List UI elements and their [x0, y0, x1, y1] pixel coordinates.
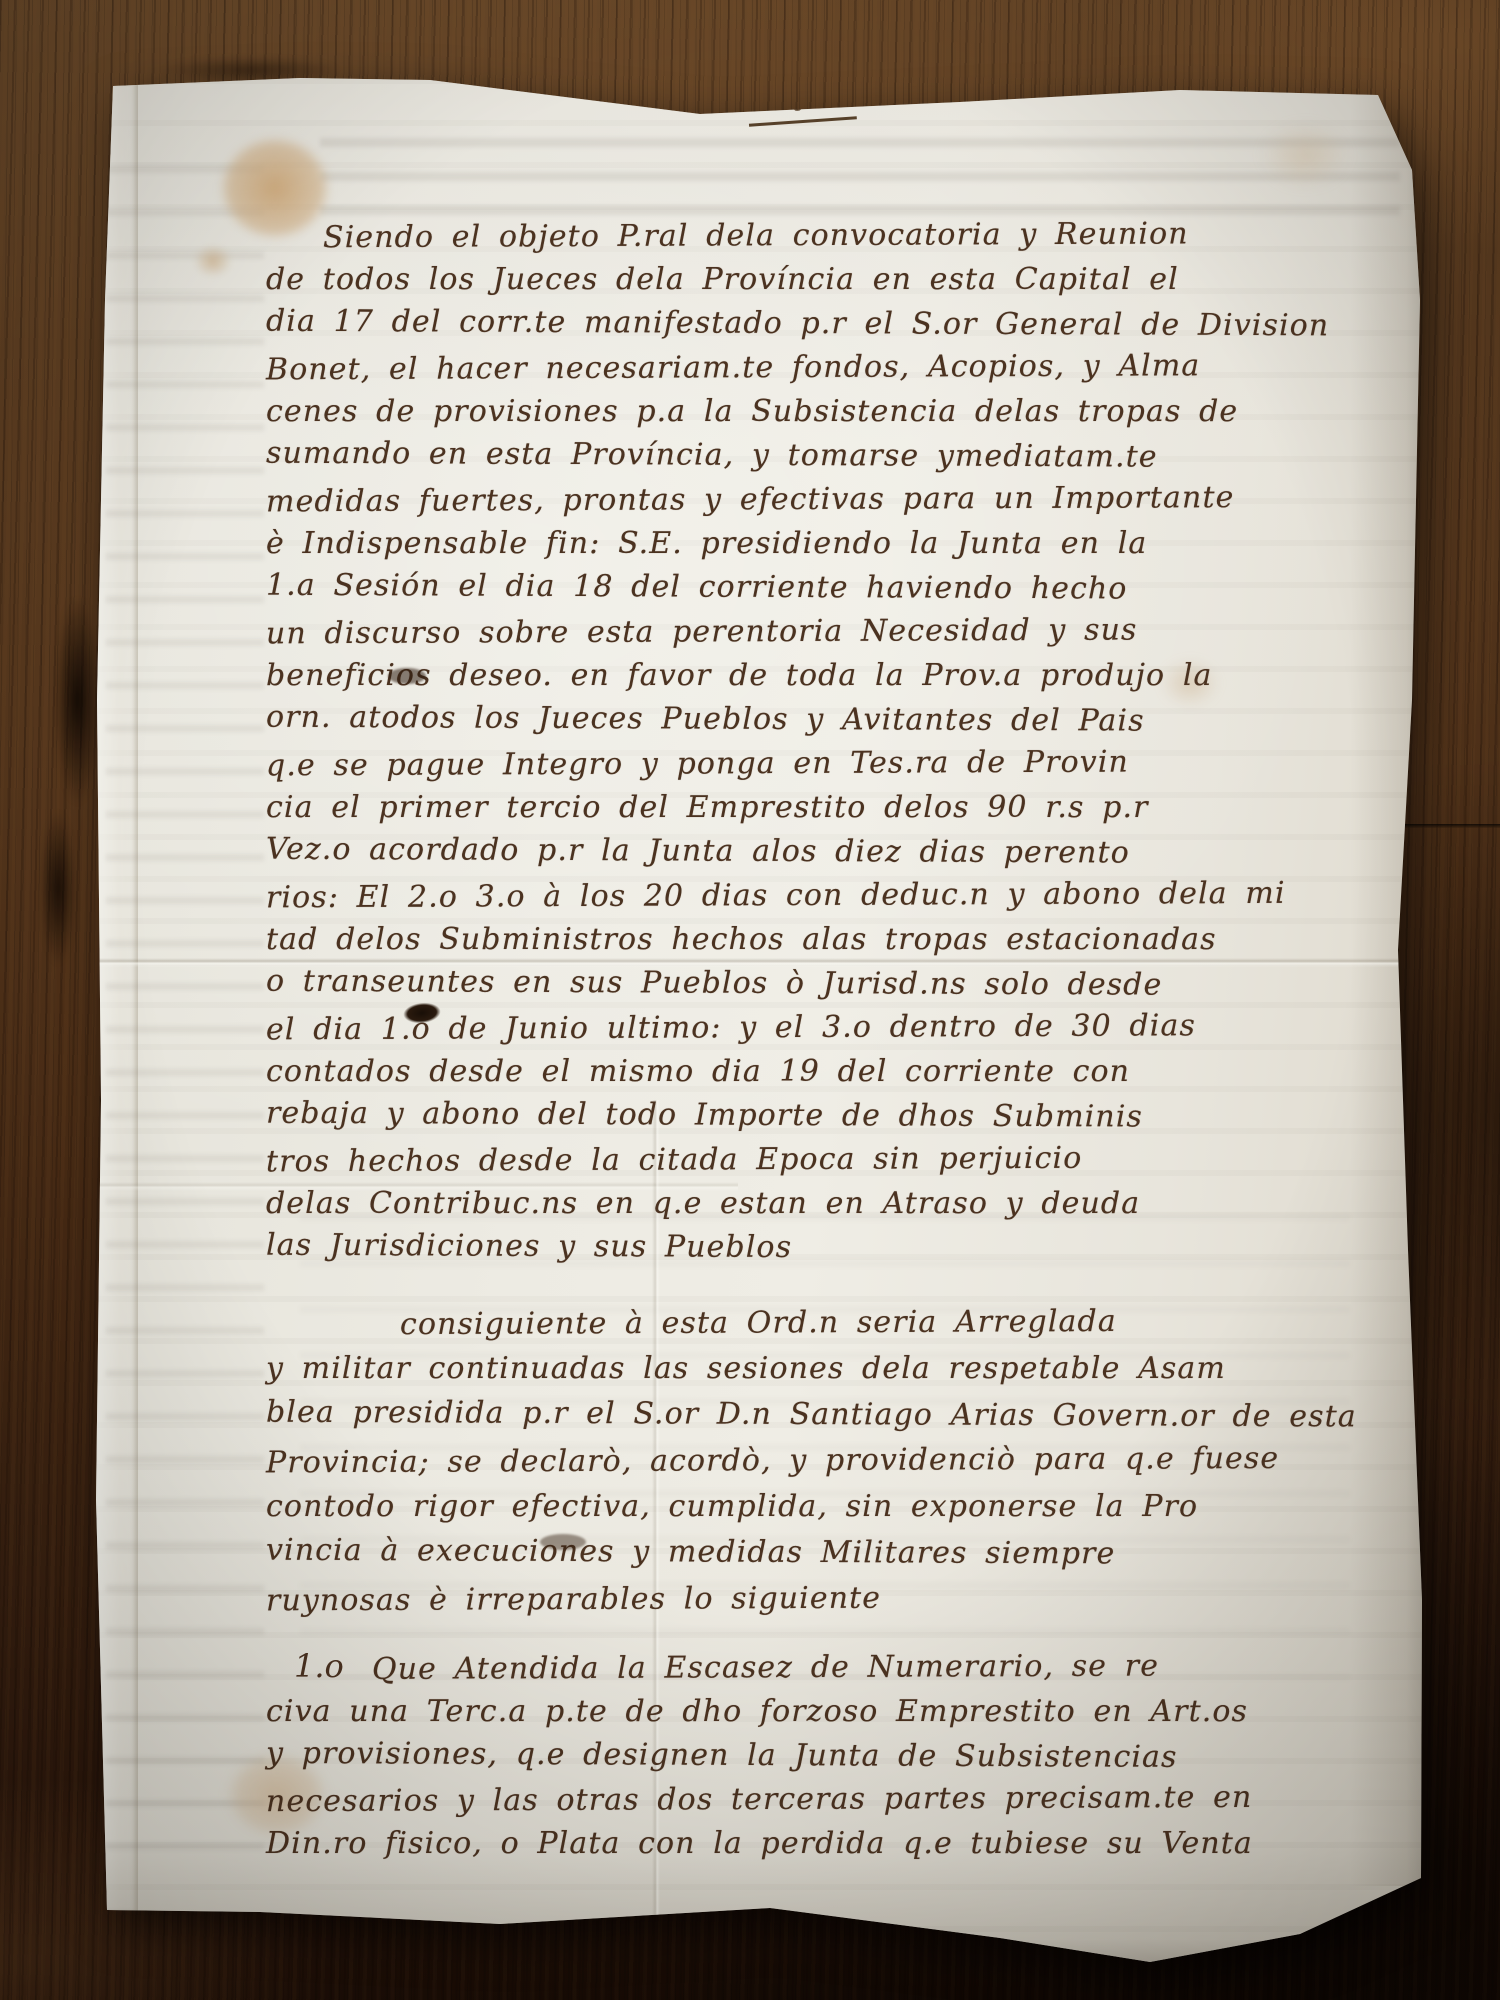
manuscript-line: civa una Terc.a p.te de dho forzoso Empr…	[266, 1690, 1253, 1734]
ghost-writing-showthrough-top	[320, 120, 1400, 216]
manuscript-line: contados desde el mismo dia 19 del corri…	[266, 1050, 1329, 1094]
stain-bottom-center	[820, 1930, 930, 1980]
manuscript-line: delas Contribuc.ns en q.e estan en Atras…	[266, 1182, 1329, 1226]
manuscript-paragraph-article-1: Que Atendida la Escasez de Numerario, se…	[266, 1646, 1253, 1866]
manuscript-line: orn. atodos los Jueces Pueblos y Avitant…	[266, 696, 1329, 745]
manuscript-line: y provisiones, q.e designen la Junta de …	[266, 1732, 1253, 1780]
manuscript-line: Bonet, el hacer necesariam.te fondos, Ac…	[266, 344, 1329, 393]
manuscript-line: sumando en esta Província, y tomarse yme…	[266, 432, 1329, 481]
manuscript-line: medidas fuertes, prontas y efectivas par…	[266, 476, 1329, 525]
manuscript-paragraph-resolution: consiguiente à esta Ord.n seria Arreglad…	[266, 1300, 1357, 1622]
manuscript-line: ruynosas è irreparables lo siguiente	[266, 1574, 1357, 1625]
manuscript-line: de todos los Jueces dela Província en es…	[266, 258, 1329, 302]
manuscript-line: è Indispensable fin: S.E. presidiendo la…	[266, 522, 1329, 566]
manuscript-line: blea presidida p.r el S.or D.n Santiago …	[266, 1390, 1357, 1441]
manuscript-line: Que Atendida la Escasez de Numerario, se…	[372, 1644, 1253, 1692]
manuscript-line: Vez.o acordado p.r la Junta alos diez di…	[266, 828, 1329, 877]
manuscript-line: q.e se pague Integro y ponga en Tes.ra d…	[266, 740, 1329, 789]
manuscript-line: necesarios y las otras dos terceras part…	[266, 1776, 1253, 1824]
page-top-mark-glyph: t	[790, 86, 804, 117]
manuscript-line: tros hechos desde la citada Epoca sin pe…	[266, 1136, 1329, 1185]
manuscript-line: contodo rigor efectiva, cumplida, sin ex…	[266, 1484, 1357, 1530]
manuscript-line: rios: El 2.o 3.o à los 20 dias con deduc…	[266, 872, 1329, 921]
manuscript-line: las Jurisdiciones y sus Pueblos	[266, 1224, 1329, 1273]
manuscript-line: y militar continuadas las sesiones dela …	[266, 1346, 1357, 1392]
manuscript-paragraph-opening: Siendo el objeto P.ral dela convocatoria…	[266, 214, 1329, 1270]
manuscript-line: Siendo el objeto P.ral dela convocatoria…	[323, 212, 1329, 260]
manuscript-line: cia el primer tercio del Emprestito delo…	[266, 786, 1329, 830]
ink-smudge-correction-2	[540, 1534, 586, 1550]
manuscript-line: Din.ro fisico, o Plata con la perdida q.…	[266, 1822, 1253, 1866]
manuscript-line: consiguiente à esta Ord.n seria Arreglad…	[400, 1298, 1357, 1348]
manuscript-line: Provincia; se declarò, acordò, y provide…	[266, 1436, 1357, 1487]
manuscript-line: un discurso sobre esta perentoria Necesi…	[266, 608, 1329, 657]
manuscript-line: vincia à execuciones y medidas Militares…	[266, 1528, 1357, 1579]
paper-right-edge-shade	[1350, 86, 1425, 1886]
manuscript-line: 1.a Sesión el dia 18 del corriente havie…	[266, 564, 1329, 613]
paper-sheet-wrapper: t Siendo el objeto P.ral dela convocator…	[0, 0, 1500, 2000]
manuscript-line: rebaja y abono del todo Importe de dhos …	[266, 1092, 1329, 1141]
manuscript-line: cenes de provisiones p.a la Subsistencia…	[266, 390, 1329, 434]
manuscript-line: dia 17 del corr.te manifestado p.r el S.…	[266, 300, 1329, 349]
stain-top-left-small	[186, 238, 240, 284]
manuscript-line: tad delos Subministros hechos alas tropa…	[266, 918, 1329, 962]
ghost-writing-showthrough-left-margin	[106, 140, 264, 1880]
stain-top-right-corner	[1245, 110, 1365, 200]
manuscript-page: t Siendo el objeto P.ral dela convocator…	[0, 0, 1500, 2000]
photo-scene: t Siendo el objeto P.ral dela convocator…	[0, 0, 1500, 2000]
ink-smudge-correction-1	[388, 668, 426, 684]
